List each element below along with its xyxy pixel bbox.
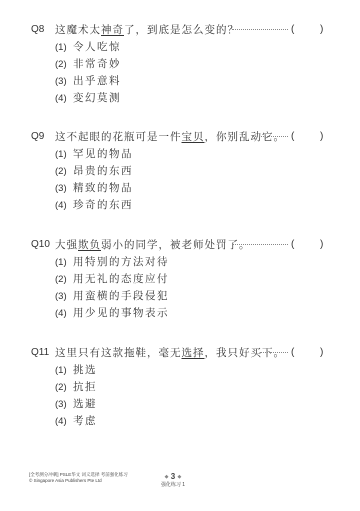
question-label: Q8 [31,22,44,38]
option-item[interactable]: (4)变幻莫测 [0,90,360,107]
option-item[interactable]: (3)用蛮横的手段侵犯 [0,288,360,305]
answer-bracket-open: ( [291,345,294,361]
question-stem: Q11 这里只有这款拖鞋，毫无选择，我只好买下。 ( ) [0,345,360,361]
question-label: Q9 [31,129,44,145]
option-item[interactable]: (4)用少见的事物表示 [0,305,360,322]
option-text: 用少见的事物表示 [73,305,169,322]
option-number: (1) [55,362,67,379]
question-label: Q11 [31,345,49,361]
option-number: (3) [55,288,67,305]
option-number: (2) [55,56,67,73]
option-number: (4) [55,413,67,430]
option-number: (2) [55,271,67,288]
question-stem: Q8 这魔术太神奇了，到底是怎么变的？ ( ) [0,22,360,38]
question-stem: Q9 这不起眼的花瓶可是一件宝贝，你别乱动它。 ( ) [0,129,360,145]
page-number: ◆ 3 ◆ [148,472,198,482]
option-text: 令人吃惊 [73,39,121,56]
option-item[interactable]: (4)考虑 [0,413,360,430]
option-text: 珍奇的东西 [73,197,133,214]
option-list: (1)用特别的方法对待 (2)用无礼的态度应付 (3)用蛮横的手段侵犯 (4)用… [0,254,360,322]
answer-bracket-open: ( [291,129,294,145]
option-number: (1) [55,146,67,163]
question-q8: Q8 这魔术太神奇了，到底是怎么变的？ ( ) (1)令人吃惊 (2)非常奇妙 … [0,22,360,107]
option-text: 抗拒 [73,379,97,396]
dotted-leader [232,244,288,246]
answer-bracket-close: ) [320,237,323,253]
option-item[interactable]: (1)用特别的方法对待 [0,254,360,271]
dotted-leader [260,352,288,354]
diamond-icon: ◆ [165,474,169,480]
option-item[interactable]: (2)抗拒 [0,379,360,396]
question-text: 这不起眼的花瓶可是一件宝贝，你别乱动它。 [55,129,285,145]
option-text: 变幻莫测 [73,90,121,107]
option-text: 非常奇妙 [73,56,121,73]
option-number: (4) [55,90,67,107]
option-item[interactable]: (4)珍奇的东西 [0,197,360,214]
answer-bracket-close: ) [320,129,323,145]
option-number: (3) [55,73,67,90]
diamond-icon: ◆ [177,474,181,480]
option-item[interactable]: (2)昂贵的东西 [0,163,360,180]
option-item[interactable]: (1)罕见的物品 [0,146,360,163]
answer-bracket-open: ( [291,22,294,38]
option-number: (4) [55,305,67,322]
dotted-leader [232,29,288,31]
question-stem: Q10 大强欺负弱小的同学，被老师处罚了。 ( ) [0,237,360,253]
footer-page-info: ◆ 3 ◆ 强化练习 1 [148,472,198,489]
question-text: 这里只有这款拖鞋，毫无选择，我只好买下。 [55,345,285,361]
option-item[interactable]: (3)精致的物品 [0,180,360,197]
option-list: (1)罕见的物品 (2)昂贵的东西 (3)精致的物品 (4)珍奇的东西 [0,146,360,214]
option-item[interactable]: (1)令人吃惊 [0,39,360,56]
option-text: 选避 [73,396,97,413]
option-text: 昂贵的东西 [73,163,133,180]
option-text: 出乎意料 [73,73,121,90]
footer-publisher: [全考测分冲刺] PSLE华文 词义选择 考前强化练习 © Singapore … [29,472,128,484]
option-number: (4) [55,197,67,214]
option-text: 用无礼的态度应付 [73,271,169,288]
option-list: (1)令人吃惊 (2)非常奇妙 (3)出乎意料 (4)变幻莫测 [0,39,360,107]
question-q10: Q10 大强欺负弱小的同学，被老师处罚了。 ( ) (1)用特别的方法对待 (2… [0,237,360,322]
question-text: 这魔术太神奇了，到底是怎么变的？ [55,22,239,38]
option-list: (1)挑选 (2)抗拒 (3)选避 (4)考虑 [0,362,360,430]
option-number: (2) [55,379,67,396]
target-word: 神奇 [101,24,124,36]
option-item[interactable]: (2)非常奇妙 [0,56,360,73]
answer-bracket-open: ( [291,237,294,253]
option-number: (1) [55,39,67,56]
option-number: (1) [55,254,67,271]
question-q9: Q9 这不起眼的花瓶可是一件宝贝，你别乱动它。 ( ) (1)罕见的物品 (2)… [0,129,360,214]
target-word: 欺负 [78,239,101,251]
target-word: 选择 [182,347,205,359]
option-item[interactable]: (1)挑选 [0,362,360,379]
question-label: Q10 [31,237,50,253]
option-number: (2) [55,163,67,180]
question-q11: Q11 这里只有这款拖鞋，毫无选择，我只好买下。 ( ) (1)挑选 (2)抗拒… [0,345,360,430]
option-number: (3) [55,180,67,197]
answer-bracket-close: ) [320,22,323,38]
option-item[interactable]: (3)选避 [0,396,360,413]
option-text: 罕见的物品 [73,146,133,163]
target-word: 宝贝 [182,131,205,143]
option-text: 挑选 [73,362,97,379]
answer-bracket-close: ) [320,345,323,361]
footer-copyright: © Singapore Asia Publishers Pte Ltd [29,478,128,484]
section-label: 强化练习 1 [148,482,198,489]
option-item[interactable]: (3)出乎意料 [0,73,360,90]
option-item[interactable]: (2)用无礼的态度应付 [0,271,360,288]
option-text: 精致的物品 [73,180,133,197]
option-text: 考虑 [73,413,97,430]
option-text: 用特别的方法对待 [73,254,169,271]
dotted-leader [252,136,288,138]
option-number: (3) [55,396,67,413]
question-text: 大强欺负弱小的同学，被老师处罚了。 [55,237,251,253]
option-text: 用蛮横的手段侵犯 [73,288,169,305]
